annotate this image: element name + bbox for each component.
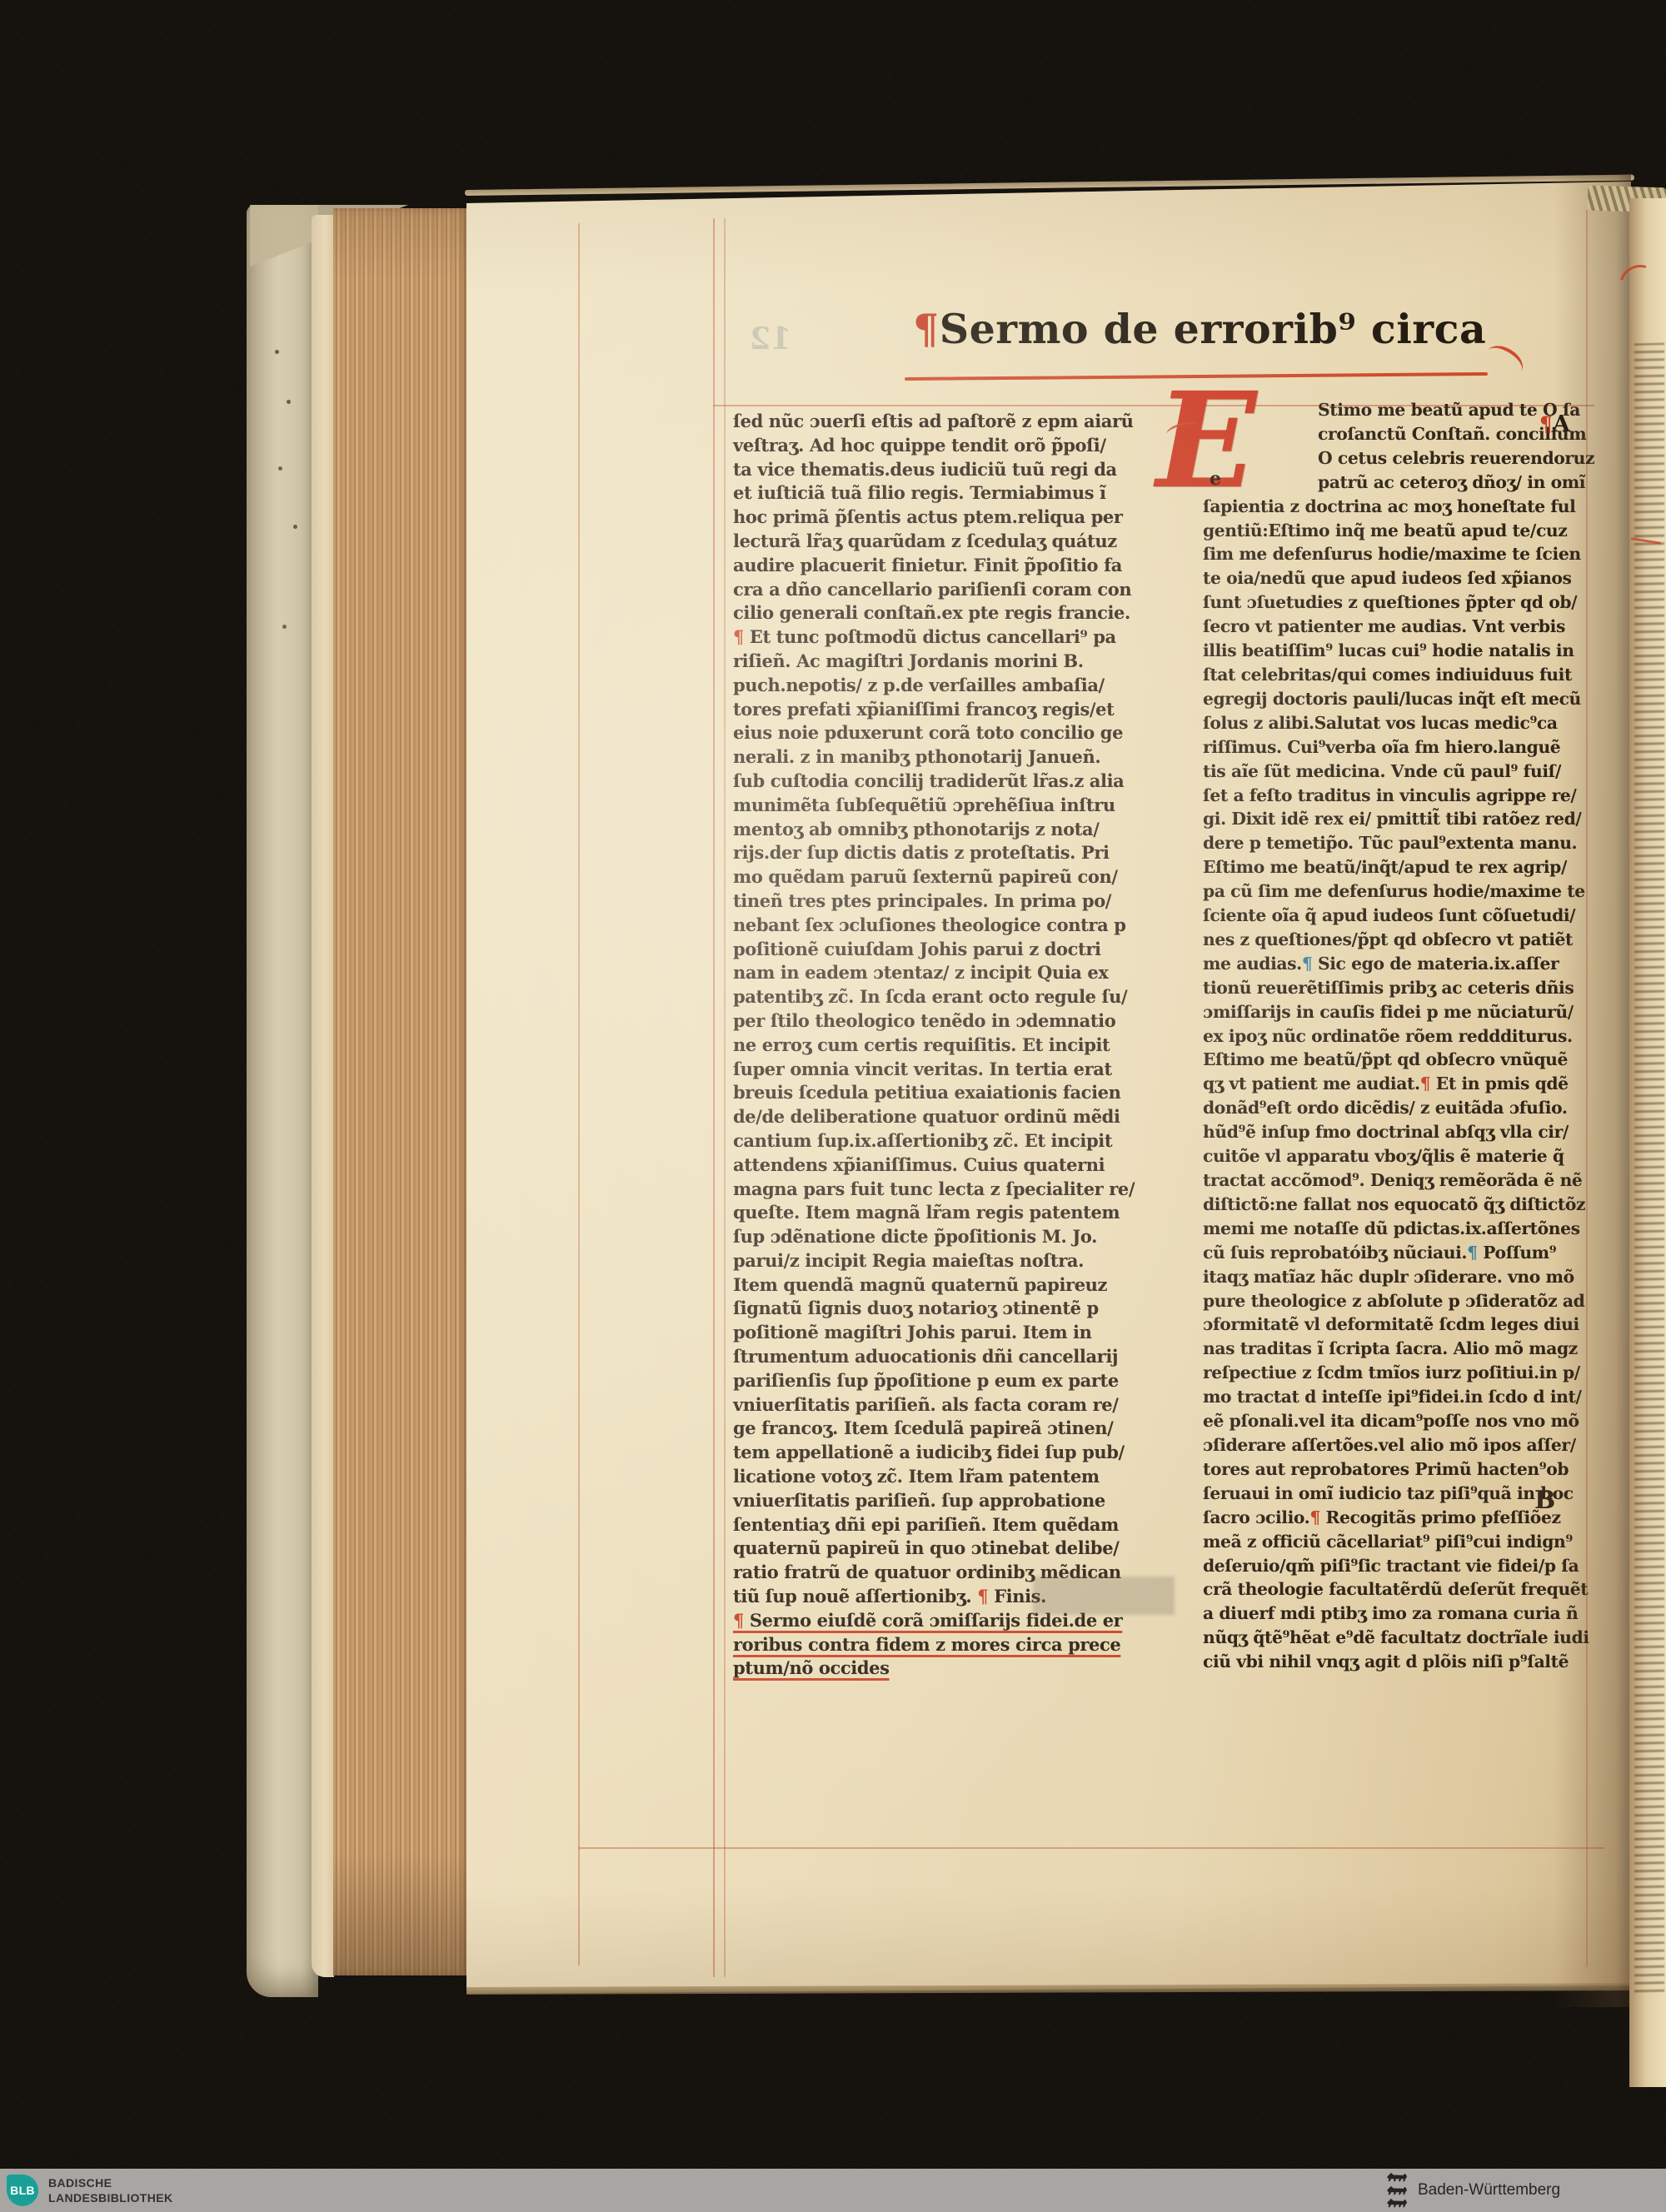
text-line: ſententiaʒ dñi epi pariſieñ. Item quẽdam bbox=[733, 1513, 1161, 1537]
library-name: BADISCHE LANDESBIBLIOTHEK bbox=[48, 2175, 173, 2205]
text-line: dere p temetip̃o. Tũc paul⁹extenta manu. bbox=[1203, 831, 1578, 855]
text-line: nebant ſex ɔcluſiones theologice contra … bbox=[733, 914, 1161, 938]
margin-letter-a: ¶A bbox=[1539, 411, 1570, 437]
three-lions-coat-of-arms-icon bbox=[1384, 2172, 1411, 2209]
text-line: Eſtimo me beatũ/p̃pt qd obſecro vnũquẽ bbox=[1203, 1048, 1578, 1072]
red-ruling-vertical-right bbox=[1586, 210, 1588, 1967]
text-line: mo quẽdam paruũ ſexternũ papireũ con/ bbox=[733, 865, 1161, 889]
text-line: eẽ pſonali.vel ita dicam⁹poſſe nos vno m… bbox=[1203, 1409, 1578, 1433]
text-line: ɔmiſſarijs in cauſis fidei p me nũciatur… bbox=[1203, 1000, 1578, 1024]
margin-letter-b: B bbox=[1534, 1486, 1555, 1515]
text-line: tis aĩe ſũt medicina. Vnde cũ paul⁹ fuiſ… bbox=[1203, 760, 1578, 784]
text-line: attendens xp̃ianiſſimus. Cuius quaterni bbox=[733, 1153, 1161, 1178]
red-pilcrow-icon: ¶ bbox=[1309, 1507, 1320, 1527]
fore-edge-page-stack bbox=[333, 208, 471, 1975]
text-line: tores aut reprobatores Primũ hacten⁹ob bbox=[1203, 1457, 1578, 1482]
text-line: vniuerſitatis pariſieñ. ſup approbatione bbox=[733, 1489, 1161, 1513]
text-line: deſeruio/qm̃ piſi⁹ſic tractant vie fidei… bbox=[1203, 1554, 1578, 1578]
red-ruling-vertical-left-2 bbox=[724, 218, 726, 1977]
text-line: ne erroʒ cum certis requiſitis. Et incip… bbox=[733, 1034, 1161, 1058]
text-line: mo tractat d inteſſe ipi⁹fidei.in ſcdo d… bbox=[1203, 1385, 1578, 1409]
first-page-edges bbox=[312, 215, 334, 1977]
guide-letter: e bbox=[1210, 468, 1221, 490]
state-name: Baden-Württemberg bbox=[1418, 2181, 1560, 2200]
text-line: ɔſiderare aſſertões.vel alio mõ ipos aſſ… bbox=[1203, 1433, 1578, 1457]
text-line: egregij doctoris pauli/lucas inq̃t eſt m… bbox=[1203, 687, 1578, 711]
library-name-line2: LANDESBIBLIOTHEK bbox=[48, 2190, 173, 2205]
text-line: cuitõe vl apparatu vboʒ/q̃lis ẽ materie … bbox=[1203, 1144, 1578, 1168]
running-title: ¶Sermo de errorib⁹ circa bbox=[913, 305, 1486, 353]
text-line: magna pars fuit tunc lecta z ſpecialiter… bbox=[733, 1178, 1161, 1202]
text-line: ſciente oĩa q̃ apud iudeos ſunt cõſuetud… bbox=[1203, 904, 1578, 928]
text-line: tionũ reuerẽtiſſimis pribʒ ac ceteris dñ… bbox=[1203, 976, 1578, 1000]
text-line: itaqʒ matĩaz hãc duplr ɔſiderare. vno mõ bbox=[1203, 1265, 1578, 1289]
text-line: mentoʒ ab omnibʒ pthonotarijs z nota/ bbox=[733, 818, 1161, 842]
text-line: ſup ɔdẽnatione dicte p̃poſitionis M. Jo. bbox=[733, 1225, 1161, 1249]
text-line: munimẽta ſubſequẽtiũ ɔprehẽſiua inſtru bbox=[733, 794, 1161, 818]
text-line: ¶Sermo de errorib⁹ circa bbox=[913, 305, 1486, 353]
text-line: illis beatiſſim⁹ lucas cui⁹ hodie natali… bbox=[1203, 639, 1578, 663]
foliation-showthrough: 12 bbox=[750, 321, 791, 356]
text-line: donãd⁹eſt ordo dicẽdis/ z euitãda ɔfuſio… bbox=[1203, 1096, 1578, 1120]
text-line: lecturã lr̃aʒ quarũdam z ſcedulaʒ quátuz bbox=[733, 530, 1161, 554]
text-line: pure theologice z abſolute p ɔſideratõz … bbox=[1203, 1289, 1578, 1313]
text-line: ex ipoʒ nũc ordinatõe rõem reddditurus. bbox=[1203, 1024, 1578, 1049]
text-line: ſtat celebritas/qui comes indiuiduus fui… bbox=[1203, 663, 1578, 687]
text-line: puch.nepotis/ z p.de verſailles ambaſia/ bbox=[733, 674, 1161, 698]
text-line: tem appellationẽ a iudicibʒ fidei ſup pu… bbox=[733, 1441, 1161, 1465]
red-ruling-horizontal-bottom bbox=[578, 1847, 1604, 1849]
text-line: pa cũ ſim me defenſurus hodie/maxime te bbox=[1203, 879, 1578, 904]
text-line: memi me notaſſe dũ pdictas.ix.aſſertõnes bbox=[1203, 1217, 1578, 1241]
vellum-cover bbox=[247, 205, 318, 1997]
red-pilcrow-icon: ¶ bbox=[733, 626, 744, 647]
text-line: riſieñ. Ac magiſtri Jordanis morini B. bbox=[733, 650, 1161, 674]
red-pilcrow-icon: ¶ bbox=[913, 305, 940, 353]
text-line: nes z queſtiones/p̃pt qd obſecro vt pati… bbox=[1203, 928, 1578, 952]
text-line: hoc primã p̃ſentis actus ptem.reliqua pe… bbox=[733, 506, 1161, 530]
text-line: cilio generali conſtañ.ex pte regis fran… bbox=[733, 601, 1161, 625]
text-line: rijs.der ſup dictis datis z proteſtatis.… bbox=[733, 841, 1161, 865]
footer-bar: BLB BADISCHE LANDESBIBLIOTHEK Baden-Würt… bbox=[0, 2169, 1666, 2212]
ink-showthrough-patch bbox=[1033, 1577, 1175, 1615]
margin-letter-a-glyph: A bbox=[1553, 411, 1570, 437]
text-line: nũqʒ q̃tẽ⁹hẽat e⁹dẽ facultatz doctrĩale … bbox=[1203, 1626, 1578, 1650]
text-line: ſeruaui in omĩ iudicio taz piſi⁹quã in h… bbox=[1203, 1482, 1578, 1506]
text-line: cantium ſup.ix.aſſertionibʒ zc̃. Et inci… bbox=[733, 1129, 1161, 1153]
text-line: poſitionẽ magiſtri Johis parui. Item in bbox=[733, 1321, 1161, 1345]
text-line: ſim me defenſurus hodie/maxime te ſcien bbox=[1203, 542, 1578, 566]
text-line: cũ ſuis reprobatóibʒ nũciaui.¶ Poſſum⁹ bbox=[1203, 1241, 1578, 1265]
text-line: pariſienſis ſup p̃poſitione p eum ex par… bbox=[733, 1369, 1161, 1393]
red-ruling-vertical-left bbox=[713, 218, 715, 1977]
text-line: et iuſticiã tuã filio regis. Termiabimus… bbox=[733, 481, 1161, 506]
text-line: riſſimus. Cui⁹verba oĩa fm hiero.languẽ bbox=[1203, 735, 1578, 760]
text-line: ſed nũc ɔuerſi eſtis ad paſtorẽ z epm ai… bbox=[733, 410, 1161, 434]
text-line: ſolus z alibi.Salutat vos lucas medic⁹ca bbox=[1203, 711, 1578, 735]
text-line: crã theologie facultatẽrdũ deſerũt frequ… bbox=[1203, 1577, 1578, 1602]
text-line: Eſtimo me beatũ/inq̃t/apud te rex agrip/ bbox=[1203, 855, 1578, 879]
text-line: nerali. z in manibʒ pthonotarij Janueñ. bbox=[733, 745, 1161, 770]
red-pilcrow-icon: ¶ bbox=[1539, 412, 1553, 436]
text-line: quaternũ papireũ in quo ɔtinebat delibe/ bbox=[733, 1537, 1161, 1561]
blue-pilcrow-icon: ¶ bbox=[1467, 1243, 1478, 1263]
blb-logo-icon: BLB bbox=[7, 2175, 38, 2206]
red-pilcrow-icon: ¶ bbox=[1420, 1074, 1431, 1094]
photo-scene: 12 ¶Sermo de errorib⁹ circa ſed nũc ɔuer… bbox=[0, 0, 1666, 2212]
text-line: veſtraʒ. Ad hoc quippe tendit orõ p̃poſi… bbox=[733, 434, 1161, 458]
text-line: diſtictõ:ne fallat nos equocatõ q̃ʒ diſt… bbox=[1203, 1193, 1578, 1217]
text-line: audire placuerit finietur. Finit p̃poſit… bbox=[733, 554, 1161, 578]
text-line: patentibʒ zc̃. In ſcda erant octo regule… bbox=[733, 985, 1161, 1009]
text-line: Item quendã magnũ quaternũ papireuz bbox=[733, 1273, 1161, 1298]
text-line: vniuerſitatis pariſieñ. als facta coram … bbox=[733, 1393, 1161, 1417]
text-line: licatione votoʒ zc̃. Item lr̃am patentem bbox=[733, 1465, 1161, 1489]
red-ruling-vertical-outer bbox=[578, 223, 580, 1965]
text-line: ¶ Et tunc poſtmodũ dictus cancellari⁹ pa bbox=[733, 625, 1161, 650]
text-line: reſpectiue z ſcdm tmĩos iurz poſitiui.in… bbox=[1203, 1361, 1578, 1385]
text-line: eius noie pduxerunt corã toto concilio g… bbox=[733, 721, 1161, 745]
text-line: qʒ vt patient me audiat.¶ Et in pmis qdẽ bbox=[1203, 1072, 1578, 1096]
text-line: ſet a feſto traditus in vinculis agrippe… bbox=[1203, 784, 1578, 808]
text-line: ſignatũ ſignis duoʒ notarioʒ ɔtinentẽ p bbox=[733, 1297, 1161, 1321]
text-line: ge francoʒ. Item ſcedulã papireã ɔtinen/ bbox=[733, 1417, 1161, 1441]
text-line: tineñ tres ptes principales. In prima po… bbox=[733, 889, 1161, 914]
text-line: per ſtilo theologico tenẽdo in ɔdemnatio bbox=[733, 1009, 1161, 1034]
facing-page-text-sliver bbox=[1634, 343, 1664, 1993]
text-line: breuis ſcedula petitiua exaiationis faci… bbox=[733, 1081, 1161, 1105]
text-line: ta vice thematis.deus iudiciũ tuũ regi d… bbox=[733, 458, 1161, 482]
text-line: parui/z incipit Regia maieſtas noſtra. bbox=[733, 1249, 1161, 1273]
blb-logo-text: BLB bbox=[10, 2184, 35, 2197]
text-line: gentiũ:Eſtimo inq̃ me beatũ apud te/cuz bbox=[1203, 519, 1578, 543]
text-line: de/de deliberatione quatuor ordinũ mẽdi bbox=[733, 1105, 1161, 1129]
text-line: ſtrumentum aduocationis dñi cancellarij bbox=[733, 1345, 1161, 1369]
blue-pilcrow-icon: ¶ bbox=[1302, 954, 1313, 974]
text-line: me audias.¶ Sic ego de materia.ix.aſſer bbox=[1203, 952, 1578, 976]
text-line: hũd⁹ẽ inſup fmo doctrinal abſqʒ vlla cir… bbox=[1203, 1120, 1578, 1144]
text-line: roribus contra fidem z mores circa prece bbox=[733, 1633, 1161, 1657]
text-line: tractat accõmod⁹. Deniqʒ remẽorãda ẽ nẽ bbox=[1203, 1168, 1578, 1193]
text-line: ſapientia z doctrina ac moʒ honeſtate fu… bbox=[1203, 495, 1578, 519]
text-line: a diuerf mdi ptibʒ imo za romana curia ñ bbox=[1203, 1602, 1578, 1626]
text-line: meã z officiũ cãcellariat⁹ piſi⁹cui indi… bbox=[1203, 1530, 1578, 1554]
text-line: nas traditas ĩ ſcripta ſacra. Alio mõ ma… bbox=[1203, 1337, 1578, 1361]
library-name-line1: BADISCHE bbox=[48, 2175, 173, 2190]
text-line: queſte. Item magnã lr̃am regis patentem bbox=[733, 1201, 1161, 1225]
text-line: gi. Dixit idẽ rex ei/ pmittit̃ tibi ratõ… bbox=[1203, 807, 1578, 831]
text-line: ſunt ɔſuetudies z queſtiones p̃pter qd o… bbox=[1203, 590, 1578, 615]
text-column-left: ſed nũc ɔuerſi eſtis ad paſtorẽ z epm ai… bbox=[733, 410, 1161, 1681]
text-line: poſitionẽ cuiuſdam Johis parui z doctri bbox=[733, 938, 1161, 962]
text-line: tores prefati xp̃ianiſſimi francoʒ regis… bbox=[733, 698, 1161, 722]
text-line: ciũ vbi nihil vnqʒ agit d plõis niſi p⁹ſ… bbox=[1203, 1650, 1578, 1674]
wormholes bbox=[275, 350, 279, 354]
text-line: ptum/nõ occides bbox=[733, 1657, 1161, 1681]
text-line: ſub cuſtodia concilij tradiderũt lr̃as.z… bbox=[733, 770, 1161, 794]
text-line: cra a dño cancellario pariſienſi coram c… bbox=[733, 578, 1161, 602]
text-line: ſecro vt patienter me audias. Vnt verbis bbox=[1203, 615, 1578, 639]
text-column-right: Stimo me beatũ apud te O ſacroſanctũ Con… bbox=[1203, 398, 1578, 1674]
text-line: ſacro ɔcilio.¶ Recogitãs primo pfeſſiõez bbox=[1203, 1506, 1578, 1530]
red-pilcrow-icon: ¶ bbox=[733, 1610, 744, 1631]
red-pilcrow-icon: ¶ bbox=[977, 1586, 988, 1607]
text-line: ſuper omnia vincit veritas. In tertia er… bbox=[733, 1058, 1161, 1082]
text-line: ɔformitatẽ vl deformitatẽ ſcdm leges diu… bbox=[1203, 1313, 1578, 1337]
text-line: nam in eadem ɔtentaz/ z incipit Quia ex bbox=[733, 961, 1161, 985]
text-line: te oia/nedũ que apud iudeos ſed xp̃ianos bbox=[1203, 566, 1578, 590]
